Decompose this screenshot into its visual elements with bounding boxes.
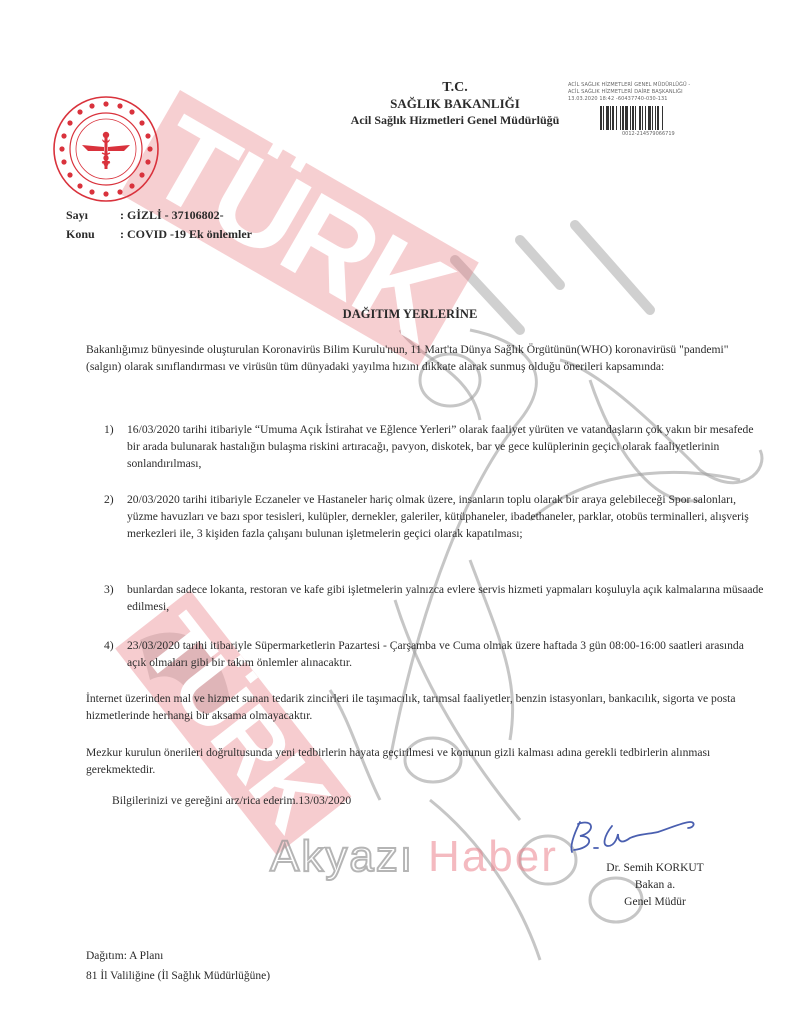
- document-meta: Sayı : GİZLİ - 37106802- Konu : COVID -1…: [66, 206, 252, 244]
- konu-row: Konu : COVID -19 Ek önlemler: [66, 225, 252, 244]
- signer-title-1: Bakan a.: [560, 877, 710, 894]
- watermark-akyazi-haber: AkyazıHaber: [270, 832, 558, 882]
- sayi-row: Sayı : GİZLİ - 37106802-: [66, 206, 252, 225]
- header-directorate: Acil Sağlık Hizmetleri Genel Müdürlüğü: [300, 112, 610, 128]
- intro-paragraph: Bakanlığımız bünyesinde oluşturulan Koro…: [86, 342, 736, 376]
- watermark-akyazi: Akyazı: [270, 832, 414, 881]
- signer-name: Dr. Semih KORKUT: [560, 860, 710, 877]
- watermark-haber: Haber: [428, 832, 558, 881]
- list-item-number: 1): [104, 422, 127, 472]
- list-item: 2) 20/03/2020 tarihi itibariyle Eczanele…: [104, 492, 764, 542]
- sayi-value: : GİZLİ - 37106802-: [120, 206, 224, 225]
- document-header: T.C. SAĞLIK BAKANLIĞI Acil Sağlık Hizmet…: [300, 80, 610, 128]
- document-title: DAĞITIM YERLERİNE: [0, 307, 800, 322]
- confidentiality-paragraph: Mezkur kurulun önerileri doğrultusunda y…: [86, 745, 746, 779]
- list-item: 3) bunlardan sadece lokanta, restoran ve…: [104, 582, 764, 616]
- barcode-icon: [600, 106, 702, 130]
- header-tc: T.C.: [300, 80, 610, 96]
- handwritten-signature-icon: [560, 812, 710, 862]
- barcode-text-line1: ACİL SAĞLIK HİZMETLERİ GENEL MÜDÜRLÜĞÜ -: [568, 82, 788, 89]
- internet-services-paragraph: İnternet üzerinden mal ve hizmet sunan t…: [86, 691, 746, 725]
- list-item-number: 4): [104, 638, 127, 672]
- header-ministry: SAĞLIK BAKANLIĞI: [300, 96, 610, 112]
- closing-line: Bilgilerinizi ve gereğini arz/rica ederi…: [112, 793, 351, 810]
- barcode-block: ACİL SAĞLIK HİZMETLERİ GENEL MÜDÜRLÜĞÜ -…: [568, 82, 788, 137]
- list-item: 4) 23/03/2020 tarihi itibariyle Süpermar…: [104, 638, 764, 672]
- konu-value: : COVID -19 Ek önlemler: [120, 225, 252, 244]
- barcode-number: 0012-214579066719: [622, 131, 788, 137]
- konu-label: Konu: [66, 225, 120, 244]
- distribution-recipients: 81 İl Valiliğine (İl Sağlık Müdürlüğüne): [86, 966, 270, 986]
- list-item: 1) 16/03/2020 tarihi itibariyle “Umuma A…: [104, 422, 764, 472]
- list-item-text: 20/03/2020 tarihi itibariyle Eczaneler v…: [127, 492, 764, 542]
- list-item-text: bunlardan sadece lokanta, restoran ve ka…: [127, 582, 764, 616]
- list-item-text: 16/03/2020 tarihi itibariyle “Umuma Açık…: [127, 422, 764, 472]
- distribution-plan: Dağıtım: A Planı: [86, 946, 270, 966]
- barcode-text-line2: ACİL SAĞLIK HİZMETLERİ DAİRE BAŞKANLIĞI: [568, 89, 788, 96]
- distribution-list: Dağıtım: A Planı 81 İl Valiliğine (İl Sa…: [86, 946, 270, 986]
- list-item-number: 3): [104, 582, 127, 616]
- barcode-text-line3: 13.03.2020 18:42 -60437740-030-131: [568, 96, 788, 103]
- list-item-number: 2): [104, 492, 127, 542]
- ministry-of-health-seal-icon: [52, 95, 160, 203]
- signer-title-2: Genel Müdür: [560, 894, 710, 911]
- signer-block: Dr. Semih KORKUT Bakan a. Genel Müdür: [560, 860, 710, 911]
- list-item-text: 23/03/2020 tarihi itibariyle Süpermarket…: [127, 638, 764, 672]
- sayi-label: Sayı: [66, 206, 120, 225]
